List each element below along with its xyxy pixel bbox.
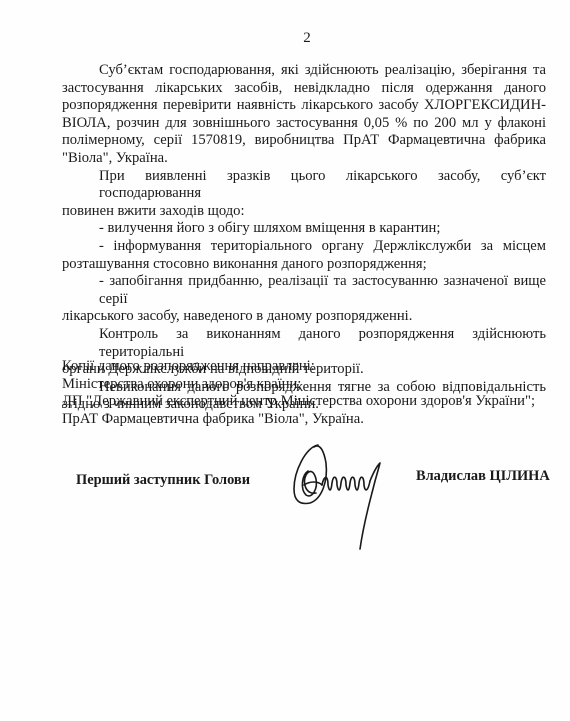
list-item-inform: - інформування територіального органу Де… <box>62 238 546 273</box>
text-line: - інформування територіального органу Де… <box>62 238 546 256</box>
text-line: повинен вжити заходів щодо: <box>62 203 546 221</box>
document-page: 2 Суб’єктам господарювання, які здійснюю… <box>0 0 570 721</box>
list-item-quarantine: - вилучення його з обігу шляхом вміщення… <box>62 220 546 238</box>
copies-list: Копії даного розпорядження направлені: М… <box>62 358 546 428</box>
text-line: розташування стосовно виконання даного р… <box>62 256 546 274</box>
text-line: розпорядження перевірити наявність лікар… <box>62 97 546 115</box>
copies-heading: Копії даного розпорядження направлені: <box>62 358 546 376</box>
signer-name: Владислав ЦІЛИНА <box>416 468 550 485</box>
copies-recipient: ДП "Державний експертний центр Міністерс… <box>62 393 546 411</box>
text-line: ВІОЛА, розчин для зовнішнього застосуван… <box>62 115 546 133</box>
list-item-prevent: - запобігання придбанню, реалізації та з… <box>62 273 546 326</box>
text-line: Суб’єктам господарювання, які здійснюють… <box>62 62 546 80</box>
text-line: полімерному, серії 1570819, виробництва … <box>62 132 546 150</box>
paragraph-obligation: Суб’єктам господарювання, які здійснюють… <box>62 62 546 168</box>
paragraph-measures: При виявленні зразків цього лікарського … <box>62 168 546 221</box>
page-number: 2 <box>22 30 570 47</box>
copies-recipient: Міністерства охорони здоров'я країни; <box>62 376 546 394</box>
text-line: лікарського засобу, наведеного в даному … <box>62 308 546 326</box>
handwritten-signature-icon <box>288 441 408 551</box>
text-line: "Віола", Україна. <box>62 150 546 168</box>
text-line: Контроль за виконанням даного розпорядже… <box>62 326 546 361</box>
copies-recipient: ПрАТ Фармацевтична фабрика "Віола", Укра… <box>62 411 546 429</box>
text-line: застосування лікарських засобів, невідкл… <box>62 80 546 98</box>
signer-title: Перший заступник Голови <box>76 472 250 489</box>
text-line: - вилучення його з обігу шляхом вміщення… <box>62 220 546 238</box>
text-line: - запобігання придбанню, реалізації та з… <box>62 273 546 308</box>
text-line: При виявленні зразків цього лікарського … <box>62 168 546 203</box>
